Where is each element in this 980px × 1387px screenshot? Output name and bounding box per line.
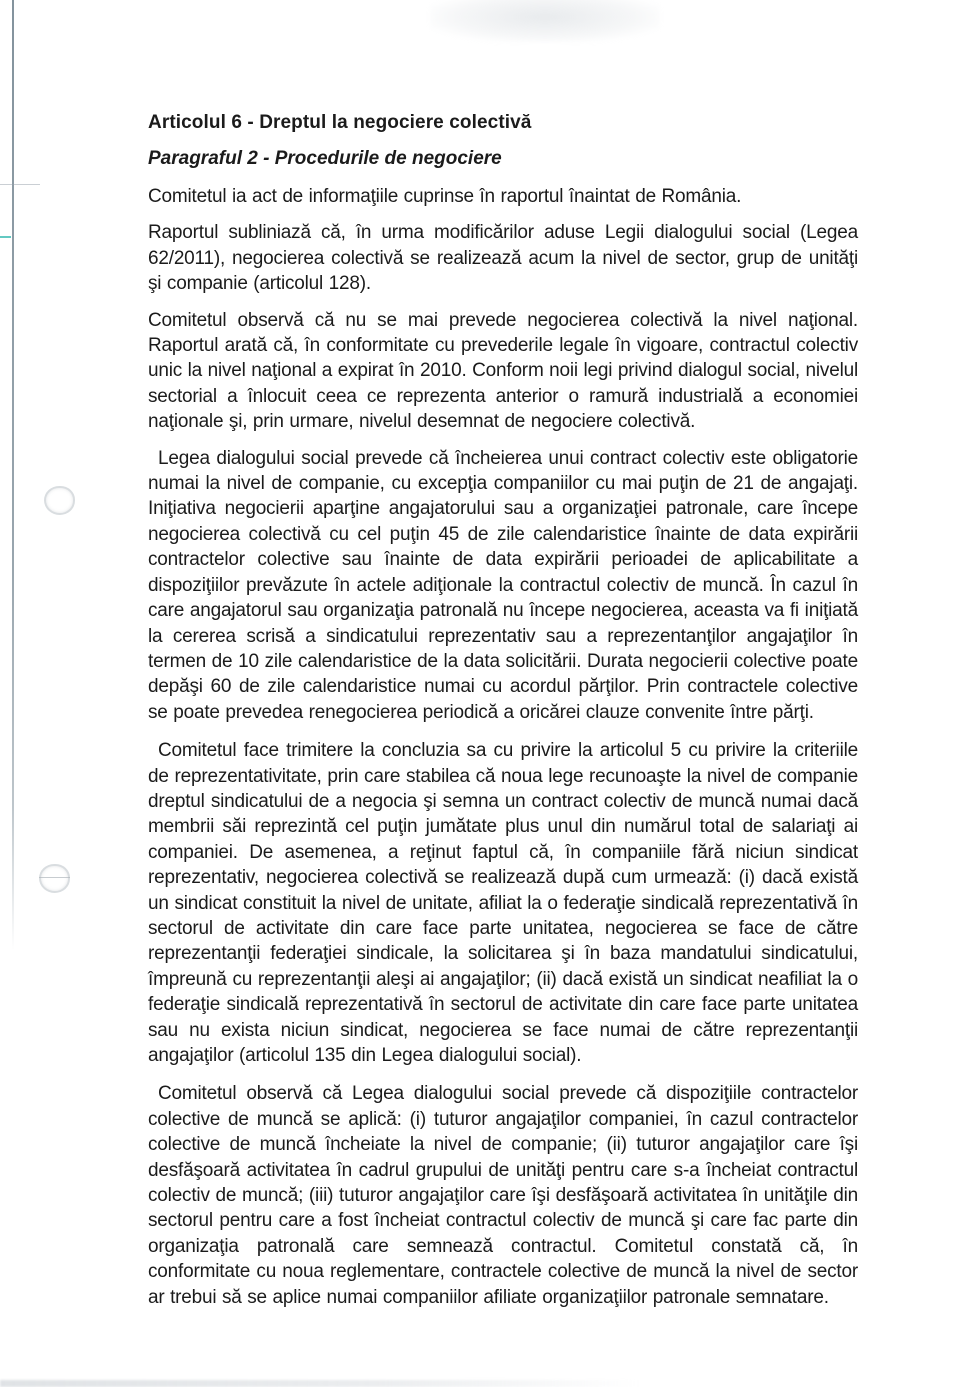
paragraph-3: Comitetul observă că nu se mai prevede n… bbox=[148, 308, 858, 435]
document-subtitle: Paragraful 2 - Procedurile de negociere bbox=[148, 148, 858, 170]
paragraph-5: Comitetul face trimitere la concluzia sa… bbox=[148, 738, 858, 1068]
scan-scratch-mark bbox=[0, 184, 40, 185]
teal-scan-mark bbox=[0, 236, 11, 238]
document-title: Articolul 6 - Dreptul la negociere colec… bbox=[148, 112, 858, 134]
hole-punch-mark-bottom bbox=[39, 864, 70, 893]
document-body: Articolul 6 - Dreptul la negociere colec… bbox=[148, 112, 858, 1321]
hole-punch-mark-top bbox=[44, 486, 75, 515]
paragraph-1: Comitetul ia act de informaţiile cuprins… bbox=[148, 184, 858, 209]
scan-smudge-top bbox=[430, 0, 660, 42]
scan-edge-line bbox=[12, 0, 14, 950]
scanned-document-page: Articolul 6 - Dreptul la negociere colec… bbox=[0, 0, 980, 1387]
paragraph-4: Legea dialogului social prevede că înche… bbox=[148, 446, 858, 725]
scan-smudge-bottom bbox=[0, 1380, 640, 1387]
paragraph-2: Raportul subliniază că, în urma modifică… bbox=[148, 220, 858, 296]
paragraph-6: Comitetul observă că Legea dialogului so… bbox=[148, 1081, 858, 1310]
